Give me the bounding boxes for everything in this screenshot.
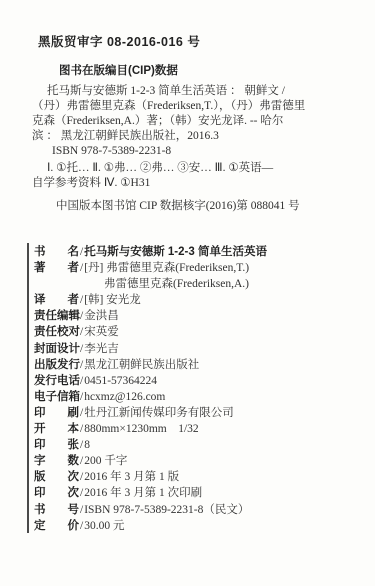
colophon-label: 印刷 [34,404,79,420]
cover-designer-name: 李光吉 [84,340,119,356]
separator: / [80,326,83,338]
colophon-label: 印次 [34,484,79,500]
separator: / [80,439,83,451]
email-address: hcxmz@126.com [84,391,165,403]
colophon-row-translator: 译者 / [韩] 安光龙 [34,291,357,307]
separator: / [80,359,83,371]
separator: / [80,487,83,499]
separator: / [80,375,83,387]
separator: / [80,391,83,403]
colophon-label: 字数 [34,452,79,468]
separator: / [80,504,83,516]
isbn-number: ISBN 978-7-5389-2231-8（民文） [84,501,249,517]
colophon-row-format: 开本 / 880mm×1230mm 1/32 [34,420,357,436]
colophon-row-impression: 印次 / 2016 年 3 月第 1 次印刷 [34,484,357,500]
colophon-row-word-count: 字数 / 200 千字 [34,452,357,468]
separator: / [80,455,83,467]
colophon-label: 发行电话 [34,372,79,388]
cip-description-line: 滨 ： 黑龙江朝鲜民族出版社，2016.3 [32,129,342,144]
cip-description-line: 克森（Frederiksen,A.）著；（韩）安光龙译. -- 哈尔 [32,114,342,129]
separator: / [80,310,83,322]
colophon-label: 书名 [34,243,79,259]
cip-isbn-line: ISBN 978-7-5389-2231-8 [32,144,342,159]
colophon-row-isbn: 书号 / ISBN 978-7-5389-2231-8（民文） [34,501,357,517]
price: 30.00 元 [84,517,124,533]
colophon-row-printer: 印刷 / 牡丹江新闻传媒印务有限公司 [34,404,357,420]
colophon-row-title: 书名 / 托马斯与安德斯 1-2-3 简单生活英语 [34,243,357,259]
proofreader-name: 宋英爱 [84,323,119,339]
author-name-2: 弗雷德里克森(Frederiksen,A.) [104,275,249,291]
cip-description-line: 托马斯与安德斯 1-2-3 简单生活英语 ： 朝鲜文 / [32,84,342,99]
publisher-name: 黑龙江朝鲜民族出版社 [84,356,199,372]
cip-record-number: 中国版本图书馆 CIP 数据核字(2016)第 088041 号 [56,197,300,213]
colophon-row-sheets: 印张 / 8 [34,436,357,452]
cip-description-line: （丹）弗雷德里克森（Frederiksen,T.），（丹）弗雷德里 [32,99,342,114]
separator: / [80,471,83,483]
colophon-label: 责任编辑 [34,307,79,323]
sheet-count: 8 [84,439,90,451]
word-count: 200 千字 [84,452,127,468]
separator: / [80,407,83,419]
colophon-label: 印张 [34,436,79,452]
author-name: [丹] 弗雷德里克森(Frederiksen,T.) [84,259,249,275]
separator: / [80,246,83,258]
format-size: 880mm×1230mm 1/32 [84,420,198,436]
colophon-label: 电子信箱 [34,388,79,404]
separator: / [80,262,83,274]
colophon-label: 版次 [34,468,79,484]
cip-classification: Ⅰ. ①托… Ⅱ. ①弗… ②弗… ③安… Ⅲ. ①英语— 自学参考资料 Ⅳ. … [32,161,342,191]
editor-name: 金洪昌 [84,307,119,323]
book-title: 托马斯与安德斯 1-2-3 简单生活英语 [84,243,267,259]
colophon-row-phone: 发行电话 / 0451-57364224 [34,372,357,388]
colophon-row-proofreader: 责任校对 / 宋英爱 [34,323,357,339]
impression-info: 2016 年 3 月第 1 次印刷 [84,484,202,500]
cip-heading: 图书在版编目(CIP)数据 [59,62,178,78]
separator: / [80,423,83,435]
colophon: 书名 / 托马斯与安德斯 1-2-3 简单生活英语 著者 / [丹] 弗雷德里克… [27,243,357,533]
colophon-label: 著者 [34,259,79,275]
cip-description: 托马斯与安德斯 1-2-3 简单生活英语 ： 朝鲜文 / （丹）弗雷德里克森（F… [32,84,342,159]
colophon-row-author: 著者 / [丹] 弗雷德里克森(Frederiksen,T.) [34,259,357,275]
colophon-row-email: 电子信箱 / hcxmz@126.com [34,388,357,404]
colophon-label: 译者 [34,291,79,307]
translator-name: [韩] 安光龙 [84,291,141,307]
approval-number: 黑版贸审字 08-2016-016 号 [38,32,200,50]
colophon-label: 责任校对 [34,323,79,339]
colophon-row-publisher: 出版发行 / 黑龙江朝鲜民族出版社 [34,356,357,372]
separator: / [80,520,83,532]
separator: / [80,343,83,355]
colophon-row-price: 定价 / 30.00 元 [34,517,357,533]
colophon-row-cover-designer: 封面设计 / 李光吉 [34,340,357,356]
cip-classification-line: 自学参考资料 Ⅳ. ①H31 [32,176,342,191]
colophon-label: 开本 [34,420,79,436]
colophon-label: 书号 [34,501,79,517]
printer-name: 牡丹江新闻传媒印务有限公司 [84,404,234,420]
colophon-label: 封面设计 [34,340,79,356]
colophon-label: 出版发行 [34,356,79,372]
colophon-label: 定价 [34,517,79,533]
phone-number: 0451-57364224 [84,375,157,387]
cip-classification-line: Ⅰ. ①托… Ⅱ. ①弗… ②弗… ③安… Ⅲ. ①英语— [32,161,342,176]
copyright-page: 黑版贸审字 08-2016-016 号 图书在版编目(CIP)数据 托马斯与安德… [0,0,375,586]
colophon-row-edition: 版次 / 2016 年 3 月第 1 版 [34,468,357,484]
colophon-row-editor: 责任编辑 / 金洪昌 [34,307,357,323]
colophon-row-author-continued: 弗雷德里克森(Frederiksen,A.) [34,275,357,291]
separator: / [80,294,83,306]
edition-info: 2016 年 3 月第 1 版 [84,468,179,484]
